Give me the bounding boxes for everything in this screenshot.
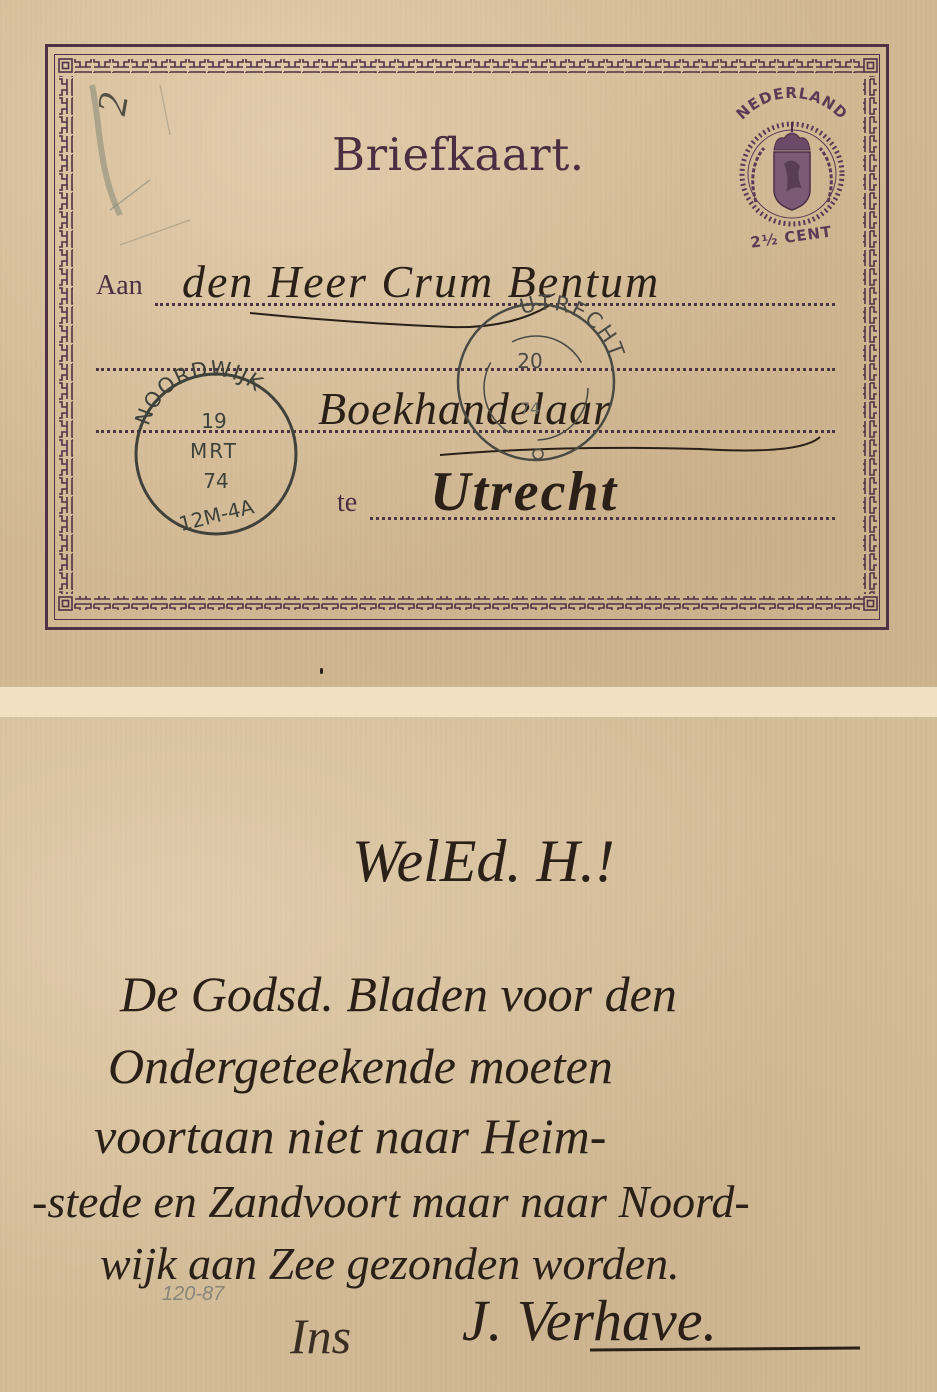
- scan-separator: [0, 687, 937, 717]
- svg-text:19: 19: [201, 409, 226, 433]
- te-label: te: [337, 487, 357, 519]
- postcard-front: 2 Briefkaart. NEDERLAND 2½ CENT Aan te d…: [0, 0, 937, 687]
- svg-text:MRT: MRT: [190, 439, 238, 463]
- salutation: WelEd. H.!: [352, 827, 615, 896]
- signature: J. Verhave.: [462, 1287, 717, 1354]
- card-title: Briefkaart.: [332, 128, 585, 181]
- message-line-1: De Godsd. Bladen voor den: [120, 965, 677, 1023]
- ink-speck: [320, 668, 323, 674]
- postmark-noordwijk: NOORDWIJK 19 MRT 74 12M-4A: [126, 362, 306, 542]
- stamp-value: 2½ CENT: [749, 222, 833, 251]
- message-line-3: voortaan niet naar Heim-: [94, 1107, 606, 1165]
- message-line-2: Ondergeteekende moeten: [108, 1037, 613, 1095]
- svg-text:74: 74: [520, 399, 540, 418]
- postage-stamp: NEDERLAND 2½ CENT: [712, 92, 872, 252]
- aan-label: Aan: [96, 270, 143, 302]
- signature-underline: [590, 1345, 870, 1355]
- pencil-note: 120-87: [162, 1283, 224, 1306]
- svg-text:74: 74: [203, 469, 228, 493]
- svg-text:NOORDWIJK: NOORDWIJK: [130, 356, 267, 428]
- initials: Ins: [290, 1307, 351, 1365]
- postmark-utrecht: UTRECHT 20 74: [448, 296, 638, 486]
- svg-text:20: 20: [517, 349, 542, 373]
- message-line-4: -stede en Zandvoort maar naar Noord-: [32, 1175, 750, 1228]
- postcard-back: WelEd. H.! De Godsd. Bladen voor den Ond…: [0, 717, 937, 1392]
